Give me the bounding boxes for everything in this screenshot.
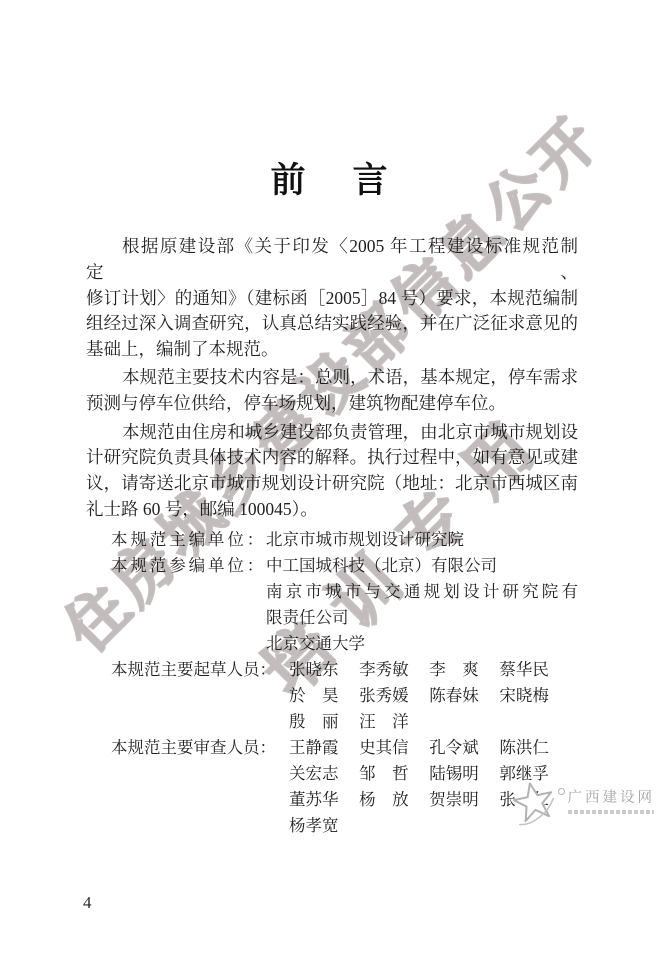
person-name: 陈春妹 — [429, 683, 479, 709]
person-name: 杨 放 — [359, 787, 409, 813]
person-name: 关宏志 — [289, 761, 339, 787]
credits-block: 本规范主编单位： 北京市城市规划设计研究院 本规范参编单位： 中工国城科技（北京… — [86, 527, 578, 839]
paragraph-line: 计研究院负责具体技术内容的解释。执行过程中，如有意见或建 — [86, 445, 578, 471]
paragraph-1: 根据原建设部《关于印发〈2005 年工程建设标准规范制定、 修订计划〉的通知》（… — [86, 234, 578, 363]
person-name: 张秀媛 — [359, 683, 409, 709]
paragraph-line: 根据原建设部《关于印发〈2005 年工程建设标准规范制定、 — [86, 234, 578, 286]
logo-tagline — [568, 810, 654, 814]
page-number: 4 — [83, 893, 92, 913]
paragraph-3: 本规范由住房和城乡建设部负责管理，由北京市城市规划设 计研究院负责具体技术内容的… — [86, 420, 578, 523]
reviewers-row: 本规范主要审查人员： 王静霞 史其信 孔令斌 陈洪仁 关宏志 邹 哲 陆锡明 郭… — [86, 735, 578, 839]
page-title: 前 言 — [86, 0, 578, 201]
person-name: 於 昊 — [289, 683, 339, 709]
person-name: 邹 哲 — [359, 761, 409, 787]
chief-editor-label: 本规范主编单位： — [111, 527, 266, 553]
paragraph-line: 议，请寄送北京市城市规划设计研究院（地址：北京市西城区南 — [86, 471, 578, 497]
reviewers-label: 本规范主要审查人员： — [111, 735, 276, 761]
co-editor-value: 北京交通大学 — [266, 631, 578, 657]
chief-editor-row: 本规范主编单位： 北京市城市规划设计研究院 — [86, 527, 578, 553]
co-editor-value: 南京市城市与交通规划设计研究院有 — [266, 579, 578, 605]
logo-body: 广西建设网 — [568, 786, 656, 814]
person-name: 汪 洋 — [359, 709, 409, 735]
person-name: 蔡华民 — [499, 657, 549, 683]
drafters-row: 本规范主要起草人员： 张晓东 李秀敏 李 爽 蔡华民 於 昊 张秀媛 陈春妹 宋… — [86, 657, 578, 735]
paragraph-line: 本规范主要技术内容是：总则，术语，基本规定，停车需求 — [86, 365, 578, 391]
paragraph-line: 本规范由住房和城乡建设部负责管理，由北京市城市规划设 — [86, 420, 578, 446]
person-name: 宋晓梅 — [499, 683, 549, 709]
paragraph-line: 礼士路 60 号，邮编 100045）。 — [86, 497, 578, 523]
co-editor-label: 本规范参编单位： — [111, 553, 266, 579]
logo-text: 广西建设网 — [568, 786, 656, 807]
drafters-names-row: 张晓东 李秀敏 李 爽 蔡华民 — [289, 657, 578, 683]
chief-editor-value: 北京市城市规划设计研究院 — [266, 527, 578, 553]
person-name: 王静霞 — [289, 735, 339, 761]
person-name: 陆锡明 — [429, 761, 479, 787]
person-name: 李 爽 — [429, 657, 479, 683]
person-name: 贺崇明 — [429, 787, 479, 813]
paragraph-line: 预测与停车位供给，停车场规划，建筑物配建停车位。 — [86, 391, 578, 417]
drafters-names-row: 殷 丽 汪 洋 — [289, 709, 578, 735]
star-icon — [505, 775, 562, 830]
reviewers-names-row: 王静霞 史其信 孔令斌 陈洪仁 — [289, 735, 578, 761]
co-editor-value: 中工国城科技（北京）有限公司 — [266, 553, 578, 579]
paragraph-line: 组经过深入调查研究，认真总结实践经验，并在广泛征求意见的 — [86, 311, 578, 337]
person-name: 陈洪仁 — [499, 735, 549, 761]
paragraph-2: 本规范主要技术内容是：总则，术语，基本规定，停车需求 预测与停车位供给，停车场规… — [86, 365, 578, 417]
body-text: 根据原建设部《关于印发〈2005 年工程建设标准规范制定、 修订计划〉的通知》（… — [86, 234, 578, 839]
person-name: 孔令斌 — [429, 735, 479, 761]
person-name: 殷 丽 — [289, 709, 339, 735]
paragraph-line: 基础上，编制了本规范。 — [86, 337, 578, 363]
person-name: 张晓东 — [289, 657, 339, 683]
person-name: 董苏华 — [289, 787, 339, 813]
site-logo: 广西建设网 — [510, 780, 656, 826]
page-content: 前 言 根据原建设部《关于印发〈2005 年工程建设标准规范制定、 修订计划〉的… — [0, 0, 661, 839]
drafters-label: 本规范主要起草人员： — [111, 657, 276, 683]
co-editor-value: 限责任公司 — [266, 605, 578, 631]
co-editor-row: 本规范参编单位： 中工国城科技（北京）有限公司 南京市城市与交通规划设计研究院有… — [86, 553, 578, 657]
paragraph-line: 修订计划〉的通知》（建标函［2005］84 号）要求，本规范编制 — [86, 286, 578, 312]
document-page: 住房城乡建设部信息公开 培训专用 前 言 根据原建设部《关于印发〈2005 年工… — [0, 0, 661, 958]
person-name: 史其信 — [359, 735, 409, 761]
logo-dot-icon — [558, 788, 565, 795]
drafters-names-row: 於 昊 张秀媛 陈春妹 宋晓梅 — [289, 683, 578, 709]
person-name: 杨孝宽 — [289, 813, 339, 839]
person-name: 李秀敏 — [359, 657, 409, 683]
